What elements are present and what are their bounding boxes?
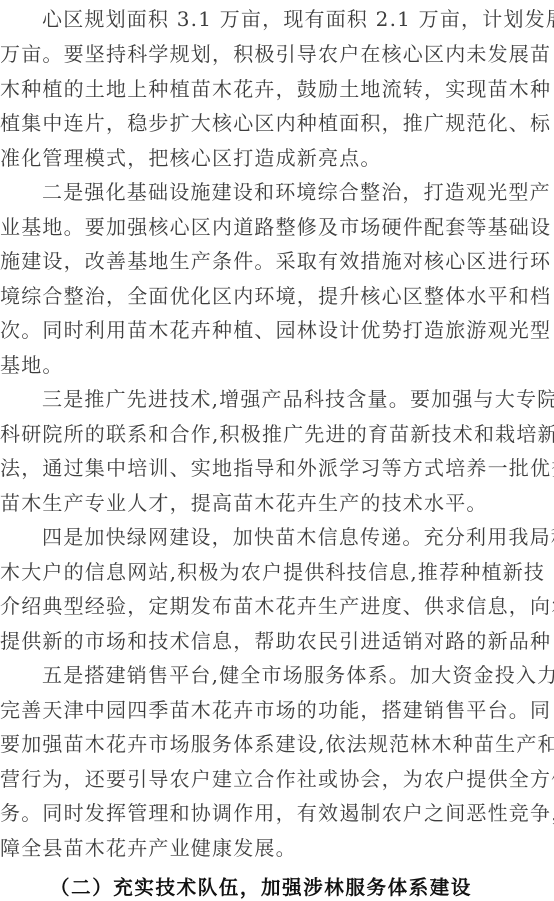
paragraph-line: 植集中连片，稳步扩大核心区内种植面积，推广规范化、标 — [0, 110, 551, 136]
paragraph-line: 法，通过集中培训、实地指导和外派学习等方式培养一批优秀 — [0, 455, 554, 481]
paragraph-line: 障全县苗木花卉产业健康发展。 — [0, 835, 297, 861]
paragraph-line: 施建设，改善基地生产条件。采取有效措施对核心区进行环 — [0, 248, 551, 274]
paragraph-line: 提供新的市场和技术信息，帮助农民引进适销对路的新品种 — [0, 628, 551, 654]
paragraph-line: 境综合整治，全面优化区内环境，提升核心区整体水平和档 — [0, 283, 551, 309]
section-heading: （二）充实技术队伍，加强涉林服务体系建设 — [50, 875, 472, 901]
paragraph-line: 木大户的信息网站,积极为农户提供科技信息,推荐种植新技 — [0, 559, 545, 585]
document-page: 心区规划面积 3.1 万亩，现有面积 2.1 万亩，计划发展 1 万亩。要坚持科… — [0, 0, 554, 901]
paragraph-line: 科研院所的联系和合作,积极推广先进的育苗新技术和栽培新 — [0, 421, 554, 447]
paragraph-line: 苗木生产专业人才，提高苗木花卉生产的技术水平。 — [0, 490, 488, 516]
paragraph-line: 五是搭建销售平台,健全市场服务体系。加大资金投入力 — [42, 662, 554, 688]
paragraph-line: 务。同时发挥管理和协调作用，有效遏制农户之间恶性竞争， — [0, 800, 554, 826]
paragraph-line: 要加强苗木花卉市场服务体系建设,依法规范林木种苗生产和 — [0, 731, 554, 757]
paragraph-line: 业基地。要加强核心区内道路整修及市场硬件配套等基础设 — [0, 214, 551, 240]
paragraph-line: 二是强化基础设施建设和环境综合整治，打造观光型产 — [42, 179, 551, 205]
paragraph-line: 次。同时利用苗木花卉种植、园林设计优势打造旅游观光型 — [0, 317, 551, 343]
paragraph-line: 木种植的土地上种植苗木花卉，鼓励土地流转，实现苗木种 — [0, 76, 551, 102]
paragraph-line: 完善天津中园四季苗木花卉市场的功能，搭建销售平台。同 — [0, 697, 551, 723]
paragraph-line: 营行为，还要引导农户建立合作社或协会，为农户提供全方位 — [0, 766, 554, 792]
paragraph-line: 万亩。要坚持科学规划，积极引导农户在核心区内未发展苗 — [0, 41, 551, 67]
paragraph-line: 心区规划面积 3.1 万亩，现有面积 2.1 万亩，计划发展 1 — [42, 6, 554, 32]
paragraph-line: 四是加快绿网建设，加快苗木信息传递。充分利用我局和 — [42, 524, 554, 550]
paragraph-line: 基地。 — [0, 352, 64, 378]
paragraph-line: 三是推广先进技术,增强产品科技含量。要加强与大专院 — [42, 386, 554, 412]
paragraph-line: 介绍典型经验，定期发布苗木花卉生产进度、供求信息，向农 — [0, 593, 554, 619]
paragraph-line: 准化管理模式，把核心区打造成新亮点。 — [0, 145, 382, 171]
